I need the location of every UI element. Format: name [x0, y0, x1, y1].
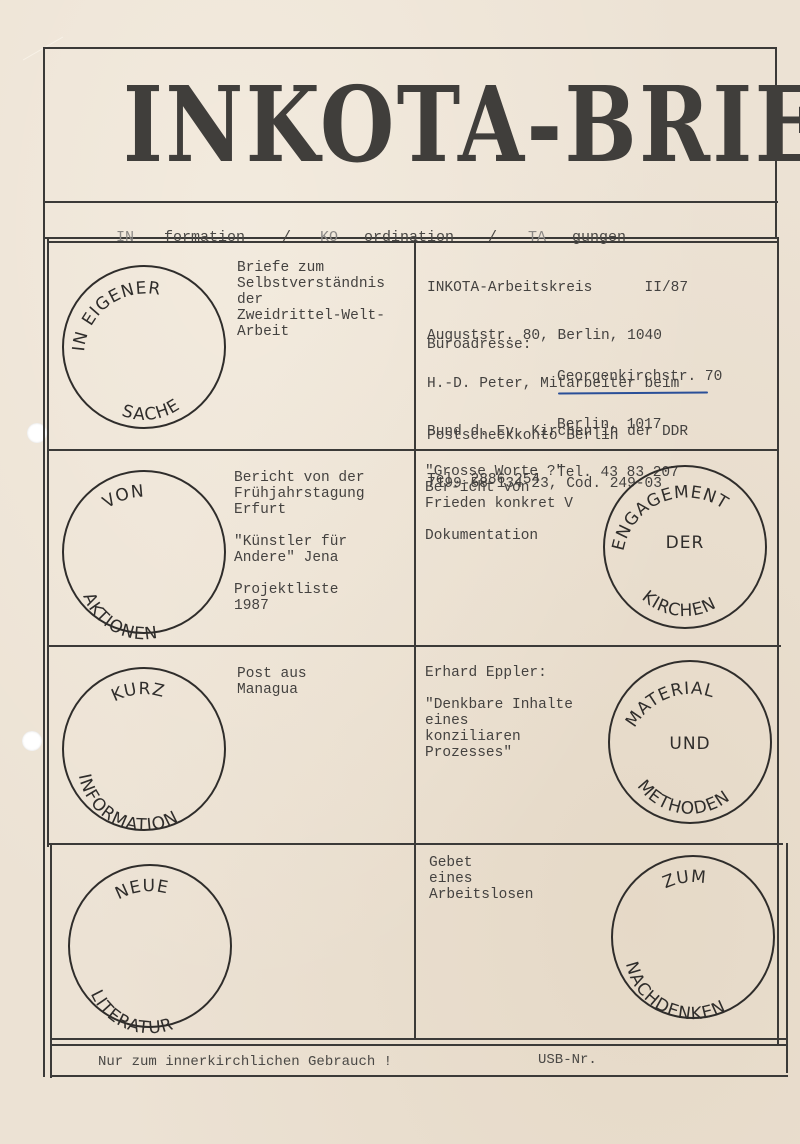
stamp-engagement-der-kirchen: ENGAGEMENT KIRCHEN DER	[603, 465, 767, 629]
stamp-top-text: MATERIAL	[622, 679, 717, 731]
address-line: INKOTA-Arbeitskreis II/87	[427, 280, 688, 296]
subtitle-in: IN	[116, 229, 164, 246]
subtitle-ko: KO	[320, 229, 364, 246]
stamp-bottom-text: KIRCHEN	[638, 587, 720, 621]
stamp-top-text: KURZ	[108, 679, 167, 706]
account-line: Postscheckkonto Berlin	[427, 428, 662, 444]
stamp-zum-nachdenken: ZUM NACHDENKEN	[611, 855, 775, 1019]
stamp-bottom-text: SACHE	[120, 395, 184, 425]
stamp-bottom-text: AKTIONEN	[78, 590, 159, 645]
stamp-in-eigener-sache: IN EIGENER SACHE	[62, 265, 226, 429]
r1-left-description: Briefe zum Selbstverständnis der Zweidri…	[237, 260, 385, 340]
footer-notice: Nur zum innerkirchlichen Gebrauch !	[98, 1054, 392, 1070]
stamp-kurz-information: KURZ INFORMATION	[62, 667, 226, 831]
subtitle-sep2: /	[488, 229, 528, 246]
stamp-middle-text: UND	[610, 734, 770, 754]
r3-left-description: Post aus Managua	[237, 666, 307, 698]
subtitle-formation: formation	[164, 229, 282, 246]
office-line: Georgenkirchstr. 70	[557, 369, 722, 385]
punch-hole-bottom	[22, 731, 42, 751]
stamp-top-text: VON	[99, 481, 145, 512]
masthead-subtitle: INformation/KOordination/TAgungen	[98, 212, 626, 246]
stamp-neue-literatur: NEUE LITERATUR	[68, 864, 232, 1028]
subtitle-sep1: /	[282, 229, 320, 246]
subtitle-gungen: gungen	[572, 229, 626, 246]
r4-right-description: Gebet eines Arbeitslosen	[429, 855, 533, 903]
office-label: Büroadresse:	[427, 337, 531, 353]
stamp-bottom-text: LITERATUR	[86, 987, 176, 1039]
stamp-middle-text: DER	[605, 533, 765, 553]
stamp-top-text: IN EIGENER	[69, 278, 162, 352]
r3-right-description: Erhard Eppler: "Denkbare Inhalte eines k…	[425, 665, 573, 761]
stamp-top-text: NEUE	[112, 876, 170, 904]
stamp-bottom-text: NACHDENKEN	[621, 959, 729, 1024]
subtitle-ta: TA	[528, 229, 572, 246]
stamp-material-und-methoden: MATERIAL METHODEN UND	[608, 660, 772, 824]
masthead-title: INKOTA-BRIEF	[123, 70, 697, 180]
stamp-von-aktionen: VON AKTIONEN	[62, 470, 226, 634]
r2-left-description: Bericht von der Frühjahrstagung Erfurt "…	[234, 470, 365, 614]
stamp-top-text: ZUM	[660, 867, 708, 893]
stamp-bottom-text: INFORMATION	[74, 772, 182, 836]
stamp-bottom-text: METHODEN	[633, 776, 734, 819]
footer-usb-number: USB-Nr.	[538, 1052, 597, 1068]
r2-right-description: "Grosse Worte ?" Ber-icht von Frieden ko…	[425, 464, 573, 544]
subtitle-ordination: ordination	[364, 229, 488, 246]
